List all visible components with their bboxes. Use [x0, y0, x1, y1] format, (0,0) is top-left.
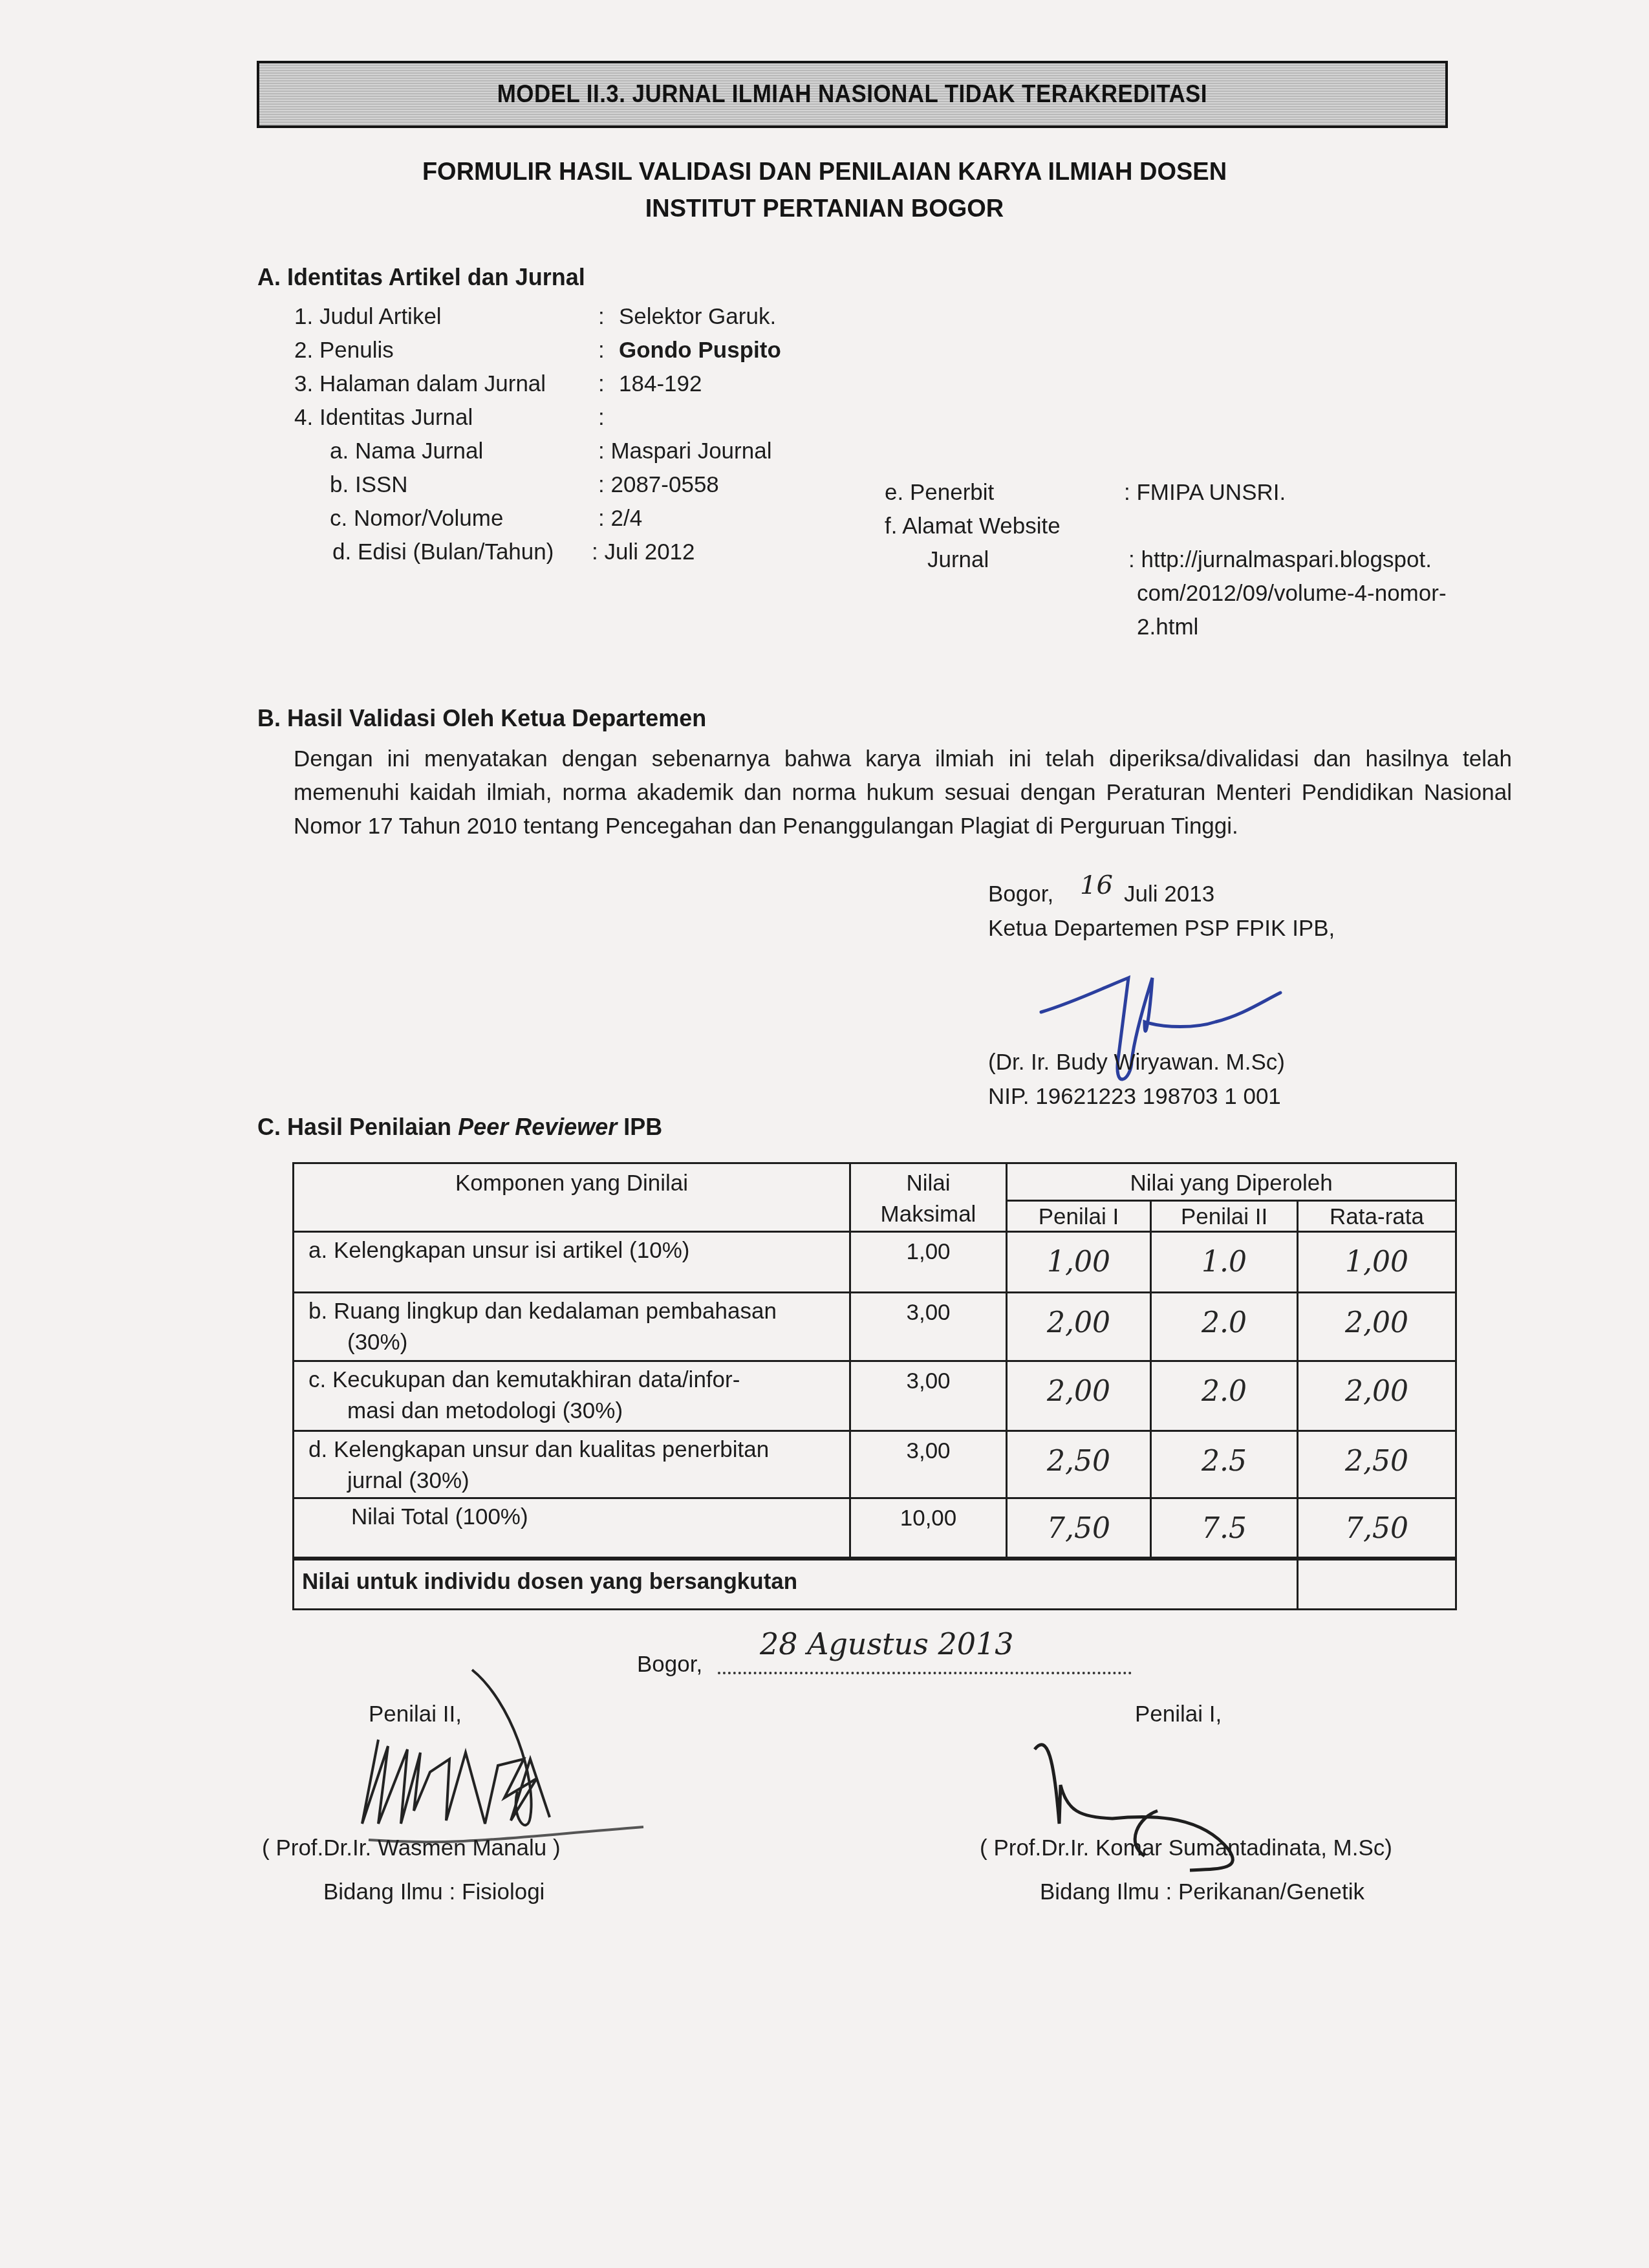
heading-suffix: IPB: [617, 1114, 662, 1140]
average-score: 7,50: [1299, 1499, 1455, 1544]
final-score-value[interactable]: [1297, 1557, 1457, 1610]
value-penulis: Gondo Puspito: [619, 334, 781, 367]
average-score: 2,50: [1299, 1432, 1455, 1477]
label-website: f. Alamat Website: [885, 510, 1061, 543]
header-max: Nilai Maksimal: [849, 1162, 1008, 1233]
validator-nip: NIP. 19621223 198703 1 001: [988, 1080, 1281, 1114]
validation-statement: Dengan ini menyatakan dengan sebenarnya …: [294, 742, 1512, 843]
value-edisi: : Juli 2012: [592, 535, 695, 569]
reviewer1-score: 7,50: [1008, 1499, 1150, 1544]
table-cell-max-score: 3,00: [849, 1360, 1008, 1432]
table-cell-max-score: 3,00: [849, 1291, 1008, 1362]
sep: :: [598, 334, 605, 367]
table-cell-reviewer1-score[interactable]: 2,50: [1006, 1430, 1152, 1499]
table-cell-average-score[interactable]: 1,00: [1297, 1231, 1457, 1293]
label-identitas-jurnal: 4. Identitas Jurnal: [294, 401, 473, 435]
max-score: 3,00: [851, 1293, 1006, 1328]
table-row-component: a. Kelengkapan unsur isi artikel (10%): [292, 1231, 851, 1293]
header-average: Rata-rata: [1297, 1200, 1457, 1233]
reviewer1-score: 2,50: [1008, 1432, 1150, 1477]
component-line2: (30%): [308, 1327, 843, 1358]
header-reviewer2: Penilai II: [1150, 1200, 1299, 1233]
sep: :: [598, 300, 605, 334]
table-row-component: Nilai Total (100%): [292, 1497, 851, 1561]
section-a-heading: A. Identitas Artikel dan Jurnal: [257, 264, 585, 291]
reviewer2-score: 1.0: [1152, 1233, 1297, 1278]
form-title: FORMULIR HASIL VALIDASI DAN PENILAIAN KA…: [0, 158, 1649, 186]
table-cell-average-score[interactable]: 7,50: [1297, 1497, 1457, 1561]
value-website-2[interactable]: com/2012/09/volume-4-nomor-: [1137, 577, 1447, 610]
table-row-component: c. Kecukupan dan kemutakhiran data/infor…: [292, 1360, 851, 1432]
table-cell-max-score: 3,00: [849, 1430, 1008, 1499]
reviewer1-score: 1,00: [1008, 1233, 1150, 1278]
component-line1: d. Kelengkapan unsur dan kualitas penerb…: [308, 1434, 843, 1465]
reviewer1-score: 2,00: [1008, 1293, 1150, 1339]
reviewer1-score: 2,00: [1008, 1362, 1150, 1407]
label-judul-artikel: 1. Judul Artikel: [294, 300, 442, 334]
assessment-table: Komponen yang Dinilai Nilai Maksimal Nil…: [292, 1162, 1457, 1610]
label-penerbit: e. Penerbit: [885, 476, 994, 510]
validator-name: (Dr. Ir. Budy Wiryawan. M.Sc): [988, 1046, 1285, 1079]
label-issn: b. ISSN: [330, 468, 408, 502]
max-score: 3,00: [851, 1432, 1006, 1467]
label-halaman: 3. Halaman dalam Jurnal: [294, 367, 546, 401]
value-judul-artikel: Selektor Garuk.: [619, 300, 776, 334]
heading-italic: Peer Reviewer: [458, 1114, 617, 1140]
table-cell-reviewer1-score[interactable]: 2,00: [1006, 1291, 1152, 1362]
section-c-heading: C. Hasil Penilaian Peer Reviewer IPB: [257, 1114, 662, 1141]
label-penulis: 2. Penulis: [294, 334, 394, 367]
validation-role: Ketua Departemen PSP FPIK IPB,: [988, 912, 1335, 945]
table-row-component: b. Ruang lingkup dan kedalaman pembahasa…: [292, 1291, 851, 1362]
value-halaman: 184-192: [619, 367, 702, 401]
table-cell-reviewer2-score[interactable]: 2.0: [1150, 1360, 1299, 1432]
date-dotted-line: [718, 1672, 1132, 1674]
signing-date-handwritten: 28 Agustus 2013: [760, 1626, 1013, 1661]
header-max-line1: Nilai: [851, 1168, 1006, 1199]
value-website-1[interactable]: : http://jurnalmaspari.blogspot.: [1128, 543, 1432, 577]
table-cell-reviewer2-score[interactable]: 1.0: [1150, 1231, 1299, 1293]
table-cell-average-score[interactable]: 2,00: [1297, 1291, 1457, 1362]
section-b-heading: B. Hasil Validasi Oleh Ketua Departemen: [257, 705, 706, 732]
institution-title: INSTITUT PERTANIAN BOGOR: [0, 195, 1649, 223]
max-score: 1,00: [851, 1233, 1006, 1268]
header-obtained: Nilai yang Diperoleh: [1006, 1162, 1457, 1202]
component-line1: b. Ruang lingkup dan kedalaman pembahasa…: [308, 1296, 843, 1327]
value-nama-jurnal: : Maspari Journal: [598, 435, 771, 468]
table-cell-average-score[interactable]: 2,00: [1297, 1360, 1457, 1432]
validation-day-handwritten: 16: [1080, 870, 1113, 900]
table-cell-max-score: 1,00: [849, 1231, 1008, 1293]
sep: :: [598, 367, 605, 401]
value-penerbit: : FMIPA UNSRI.: [1124, 476, 1286, 510]
table-cell-average-score[interactable]: 2,50: [1297, 1430, 1457, 1499]
label-nomor-volume: c. Nomor/Volume: [330, 502, 503, 535]
component-line1: Nilai Total (100%): [351, 1502, 843, 1533]
signature-reviewer2: [291, 1662, 744, 1850]
reviewer1-name: ( Prof.Dr.Ir. Komar Sumantadinata, M.Sc): [980, 1831, 1392, 1865]
table-cell-reviewer2-score[interactable]: 7.5: [1150, 1497, 1299, 1561]
header-reviewer1: Penilai I: [1006, 1200, 1152, 1233]
reviewer2-name: ( Prof.Dr.Ir. Wasmen Manalu ): [262, 1831, 561, 1865]
max-score: 3,00: [851, 1362, 1006, 1397]
final-score-label: Nilai untuk individu dosen yang bersangk…: [292, 1557, 1299, 1610]
reviewer2-score: 7.5: [1152, 1499, 1297, 1544]
header-max-line2: Maksimal: [851, 1199, 1006, 1230]
label-nama-jurnal: a. Nama Jurnal: [330, 435, 483, 468]
table-cell-reviewer1-score[interactable]: 1,00: [1006, 1231, 1152, 1293]
reviewer1-field: Bidang Ilmu : Perikanan/Genetik: [1040, 1875, 1364, 1909]
table-cell-reviewer2-score[interactable]: 2.5: [1150, 1430, 1299, 1499]
table-row-component: d. Kelengkapan unsur dan kualitas penerb…: [292, 1430, 851, 1499]
heading-prefix: C. Hasil Penilaian: [257, 1114, 458, 1140]
table-cell-reviewer1-score[interactable]: 2,00: [1006, 1360, 1152, 1432]
validation-place: Bogor,: [988, 878, 1053, 911]
value-nomor-volume: : 2/4: [598, 502, 642, 535]
average-score: 2,00: [1299, 1293, 1455, 1339]
reviewer2-field: Bidang Ilmu : Fisiologi: [323, 1875, 544, 1909]
label-website-jurnal: Jurnal: [927, 543, 989, 577]
component-line2: masi dan metodologi (30%): [308, 1396, 843, 1427]
validation-month-year: Juli 2013: [1124, 878, 1214, 911]
model-banner: MODEL II.3. JURNAL ILMIAH NASIONAL TIDAK…: [257, 61, 1448, 128]
reviewer2-score: 2.0: [1152, 1293, 1297, 1339]
average-score: 2,00: [1299, 1362, 1455, 1407]
reviewer2-score: 2.0: [1152, 1362, 1297, 1407]
reviewer2-score: 2.5: [1152, 1432, 1297, 1477]
component-line1: c. Kecukupan dan kemutakhiran data/infor…: [308, 1365, 843, 1396]
table-cell-max-score: 10,00: [849, 1497, 1008, 1561]
component-line2: jurnal (30%): [308, 1465, 843, 1496]
table-cell-reviewer1-score[interactable]: 7,50: [1006, 1497, 1152, 1561]
signature-reviewer1: [1009, 1720, 1280, 1837]
sep: :: [598, 401, 605, 435]
table-cell-reviewer2-score[interactable]: 2.0: [1150, 1291, 1299, 1362]
label-edisi: d. Edisi (Bulan/Tahun): [332, 535, 554, 569]
header-component: Komponen yang Dinilai: [292, 1162, 851, 1233]
average-score: 1,00: [1299, 1233, 1455, 1278]
value-website-3[interactable]: 2.html: [1137, 610, 1198, 644]
banner-title: MODEL II.3. JURNAL ILMIAH NASIONAL TIDAK…: [497, 81, 1207, 109]
value-issn: : 2087-0558: [598, 468, 719, 502]
max-score: 10,00: [851, 1499, 1006, 1534]
component-line1: a. Kelengkapan unsur isi artikel (10%): [308, 1235, 843, 1266]
